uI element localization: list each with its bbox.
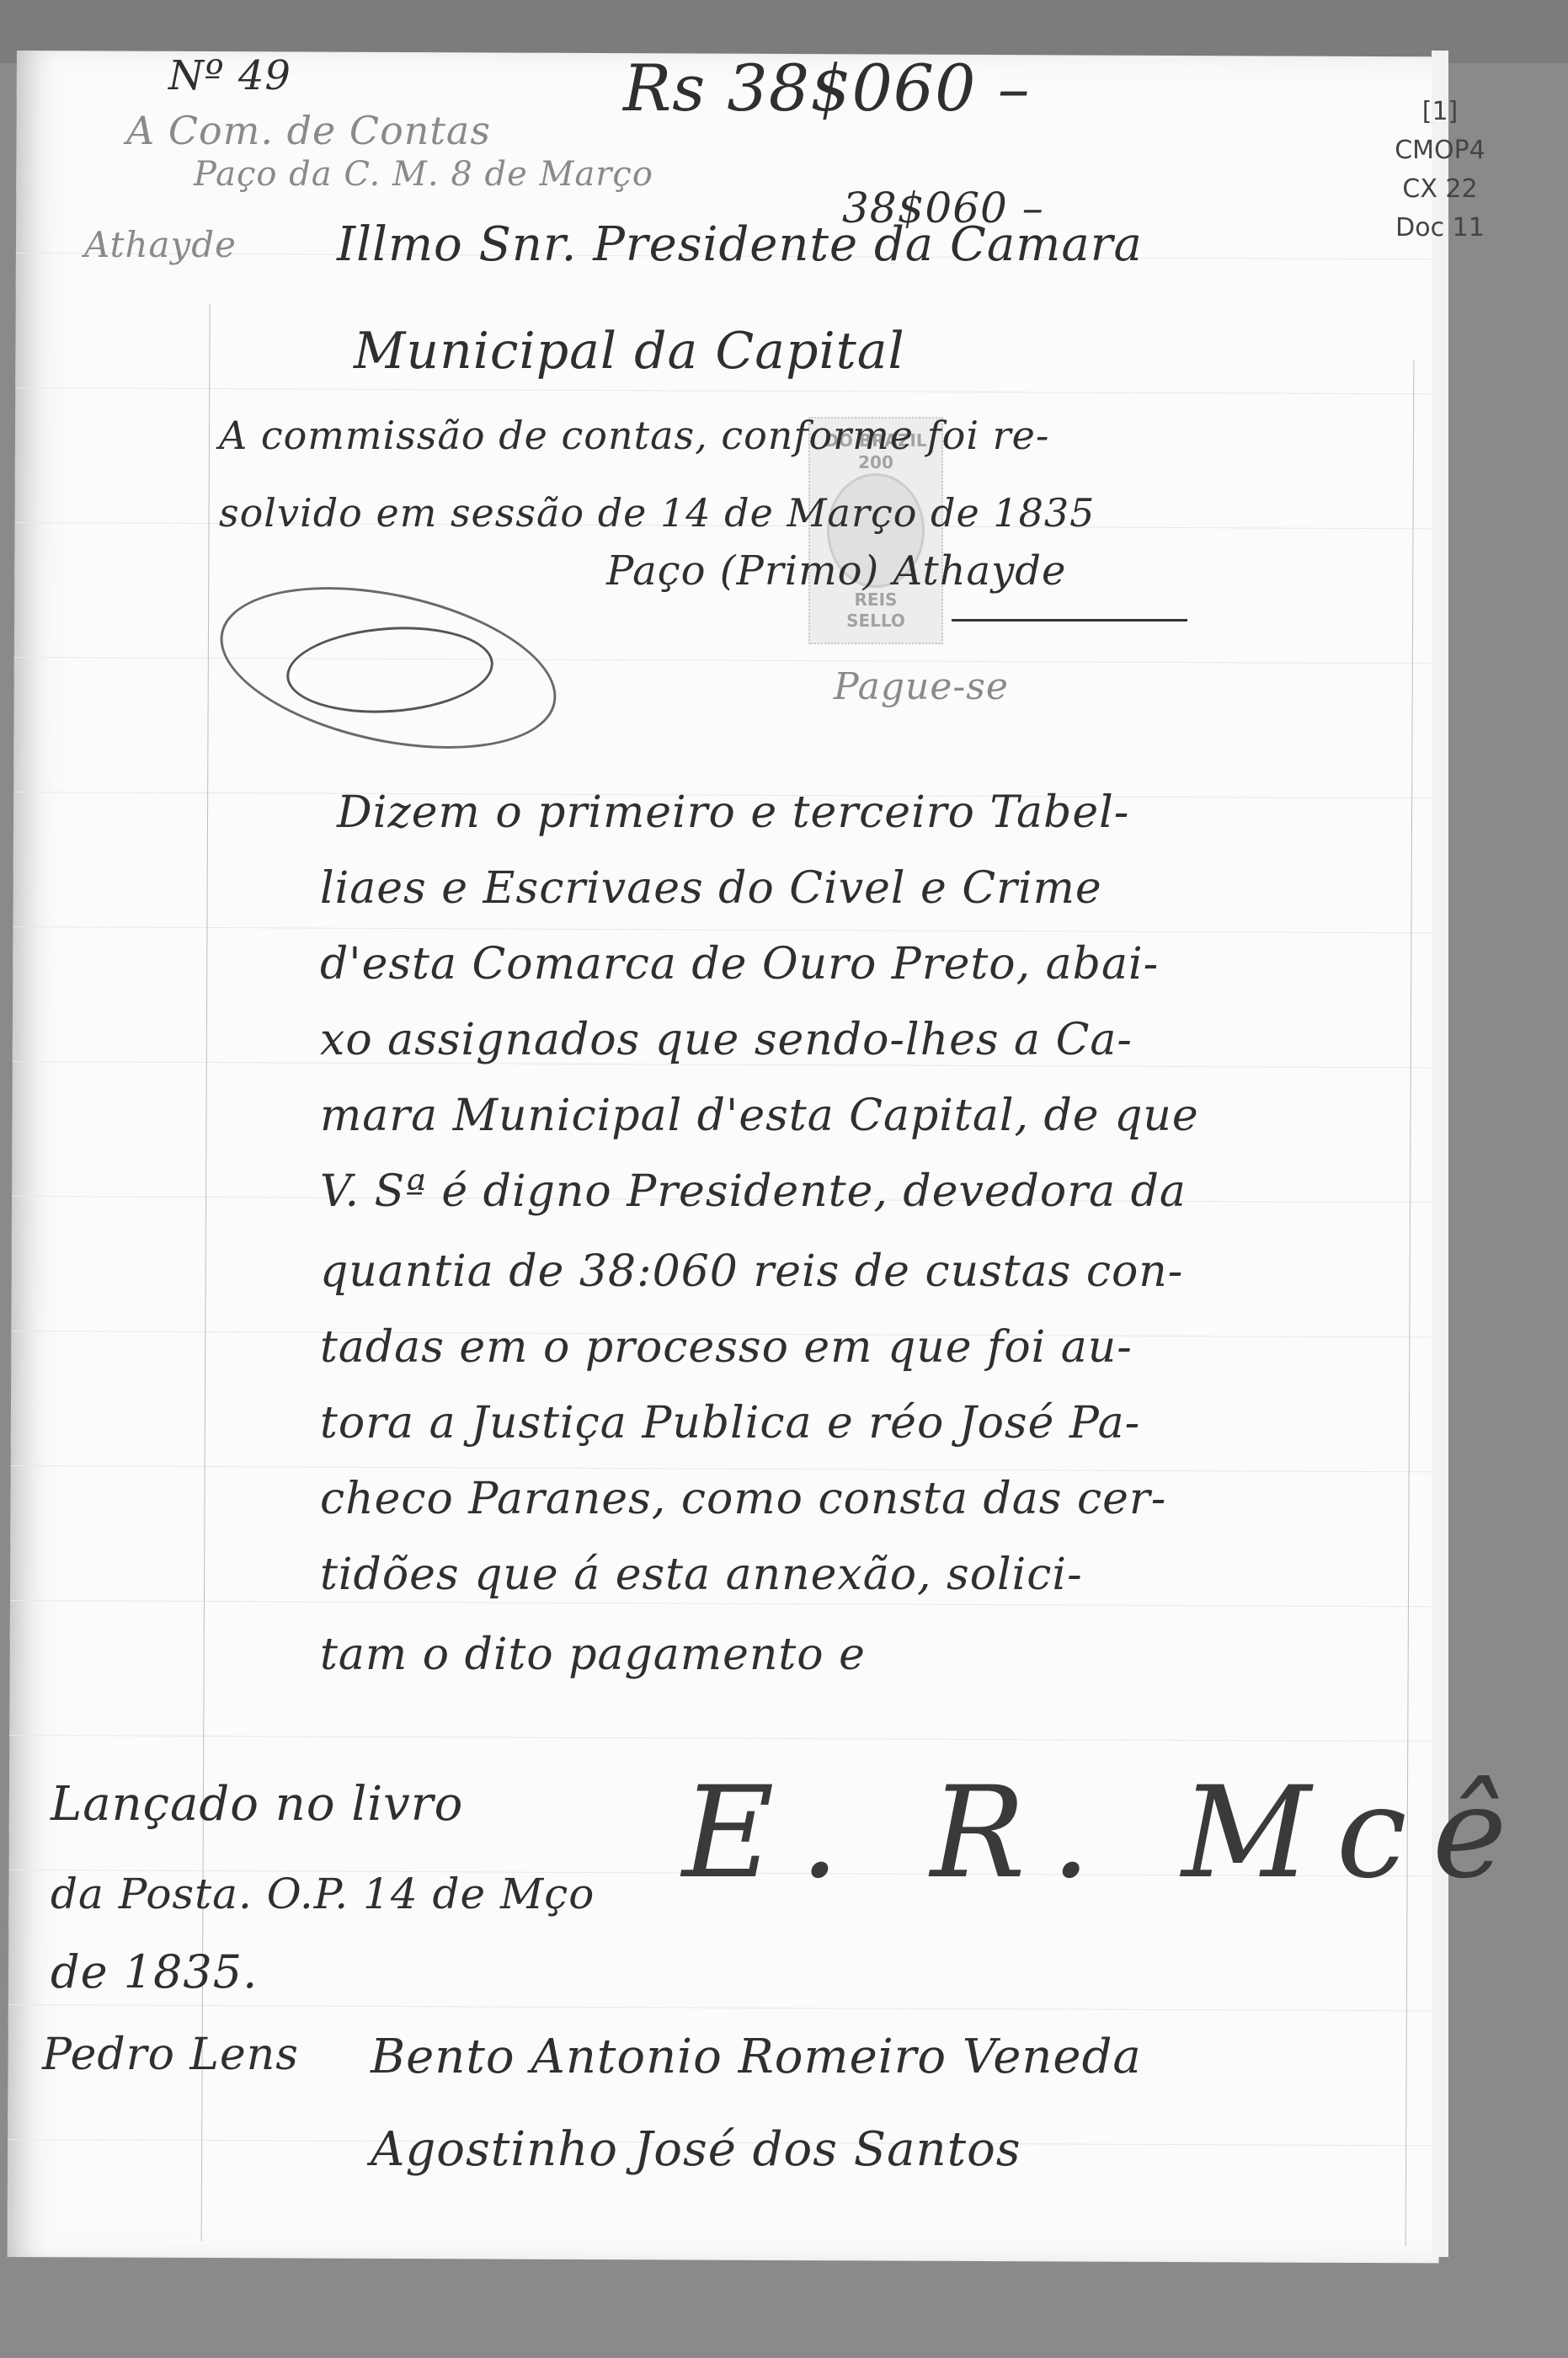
signature-bento-antonio: Bento Antonio Romeiro Veneda [371, 2030, 1142, 2084]
body-line: tora a Justiça Publica e réo José Pa- [320, 1398, 1140, 1448]
registry-line-1: Lançado no livro [51, 1777, 463, 1832]
archive-ref-line: [1] [1389, 93, 1491, 131]
amount-top: Rs 38$060 – [623, 51, 1031, 125]
right-margin-line [1405, 360, 1415, 2246]
ruled-line [13, 926, 1444, 933]
body-line: tam o dito pagamento e [320, 1630, 866, 1680]
body-line: mara Municipal d'esta Capital, de que [320, 1091, 1199, 1141]
body-line: d'esta Comarca de Ouro Preto, abai- [320, 939, 1159, 990]
ruled-line [10, 1600, 1442, 1607]
payment-note: Pague-se [834, 665, 1009, 708]
document-page [8, 51, 1448, 2263]
document-number: Nº 49 [168, 52, 291, 99]
archive-ref-line: Doc 11 [1389, 209, 1491, 248]
dispatch-line-1: A commissão de contas, conforme foi re- [219, 413, 1049, 458]
dispatch-signature: Paço (Primo) Athayde [606, 547, 1066, 595]
ruled-line [8, 2004, 1440, 2011]
archive-ref-line: CMOP4 [1389, 131, 1491, 170]
body-line: Dizem o primeiro e terceiro Tabel- [337, 787, 1129, 838]
archive-reference: [1] CMOP4 CX 22 Doc 11 [1389, 93, 1491, 248]
body-line: xo assignados que sendo-lhes a Ca- [320, 1015, 1133, 1065]
signature-pedro-lens: Pedro Lens [42, 2030, 299, 2080]
ruled-line [9, 1735, 1441, 1742]
stamp-label: SELLO [846, 611, 905, 631]
ruled-line [15, 387, 1447, 394]
body-line: V. Sª é digno Presidente, devedora da [320, 1166, 1187, 1217]
salutation-continued: Municipal da Capital [354, 322, 905, 381]
body-line: quantia de 38:060 reis de custas con- [320, 1246, 1183, 1297]
signature-underline [952, 619, 1187, 622]
signature-agostinho-jose: Agostinho José dos Santos [371, 2122, 1021, 2177]
registry-line-3: de 1835. [51, 1945, 258, 1998]
archive-ref-line: CX 22 [1389, 170, 1491, 209]
marginal-note-line-1: A Com. de Contas [126, 108, 491, 153]
body-line: liaes e Escrivaes do Civel e Crime [320, 863, 1102, 914]
ruled-line [11, 1465, 1443, 1472]
marginal-note-line-2: Paço da C. M. 8 de Março [194, 155, 653, 194]
marginal-note-line-3: Athayde [84, 224, 237, 265]
body-line: checo Paranes, como consta das cer- [320, 1474, 1166, 1524]
body-line: tidões que á esta annexão, solici- [320, 1550, 1083, 1600]
paper-edge [1432, 51, 1448, 2257]
body-line: tadas em o processo em que foi au- [320, 1322, 1133, 1373]
salutation: Illmo Snr. Presidente da Camara [337, 217, 1143, 272]
closing-initials: E. R. Mcê [682, 1760, 1533, 1907]
dispatch-line-2: solvido em sessão de 14 de Março de 1835 [219, 490, 1095, 536]
registry-line-2: da Posta. O.P. 14 de Mço [51, 1870, 595, 1918]
